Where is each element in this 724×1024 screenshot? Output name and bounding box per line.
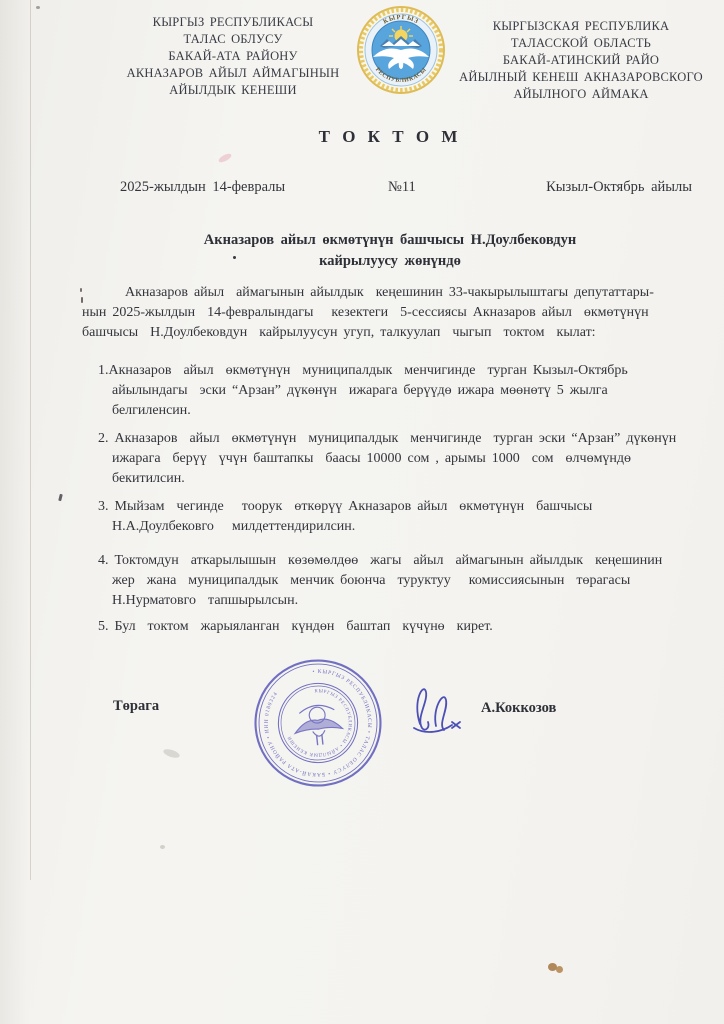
ink-dot	[233, 256, 236, 259]
brown-stain	[556, 966, 563, 973]
kyrgyzstan-emblem-icon: КЫРГЫЗ РЕСПУБЛИКАСЫ	[356, 5, 446, 95]
text-line: Н.А.Доулбековго милдеттендирилсин.	[98, 517, 718, 537]
text-line: Акназаров айыл аймагынын айылдык кеңешин…	[82, 283, 707, 303]
text-line: бекитилсин.	[98, 469, 718, 489]
text-line: башчысы Н.Доулбековдун кайрылуусун угуп,…	[82, 323, 707, 343]
decree-number: №11	[388, 179, 416, 196]
subject-line: Акназаров айыл өкмөтүнүн башчысы Н.Доулб…	[60, 230, 720, 251]
letterhead-line: БАКАЙ-АТИНСКИЙ РАЙО	[438, 52, 724, 69]
official-stamp-seal: • КЫРГЫЗ РЕСПУБЛИКАСЫ • ТАЛАС ОБЛУСУ • Б…	[245, 650, 390, 795]
resolution-items: 1.Акназаров айыл өкмөтүнүн муниципалдык …	[98, 361, 718, 645]
dateline-row: 2025-жылдын 14-февралы №11 Кызыл-Октябрь…	[60, 179, 720, 199]
subject-line: кайрылуусу жөнүндө	[60, 251, 720, 272]
resolution-item-5: 5. Бул токтом жарыяланган күндөн баштап …	[98, 617, 718, 637]
signatory-name: А.Коккозов	[481, 700, 556, 717]
preamble-paragraph: Акназаров айыл аймагынын айылдык кеңешин…	[82, 283, 707, 343]
resolution-item-4: 4. Токтомдун аткарылышын көзөмөлдөө жагы…	[98, 551, 718, 611]
text-line: 3. Мыйзам чегинде тоорук өткөрүү Акназар…	[98, 497, 718, 517]
letterhead-line: АКНАЗАРОВ АЙЫЛ АЙМАГЫНЫН	[88, 65, 378, 82]
letterhead-russian: КЫРГЫЗСКАЯ РЕСПУБЛИКА ТАЛАССКОЙ ОБЛАСТЬ …	[438, 18, 724, 103]
decree-place: Кызыл-Октябрь айылы	[546, 179, 692, 196]
decree-date: 2025-жылдын 14-февралы	[120, 179, 285, 196]
signature-scribble	[404, 678, 466, 736]
text-line: 5. Бул токтом жарыяланган күндөн баштап …	[98, 617, 718, 637]
stamp-center-emblem	[293, 703, 344, 747]
text-line: белгиленсин.	[98, 401, 718, 421]
scanned-decree-page: КЫРГЫЗ РЕСПУБЛИКАСЫ ТАЛАС ОБЛУСУ БАКАЙ-А…	[0, 0, 724, 1024]
scan-fold-line	[30, 0, 31, 880]
text-line: ижарага берүү үчүн баштапкы баасы 10000 …	[98, 449, 718, 469]
letterhead-line: КЫРГЫЗ РЕСПУБЛИКАСЫ	[88, 14, 378, 31]
scan-edge-shadow	[0, 0, 28, 1024]
letterhead-line: БАКАЙ-АТА РАЙОНУ	[88, 48, 378, 65]
ink-speck	[58, 494, 63, 502]
letterhead-line: АЙЫЛНОГО АЙМАКА	[438, 86, 724, 103]
ink-speck	[160, 845, 165, 849]
text-line: айылындагы эски “Арзан” дүкөнүн ижарага …	[98, 381, 718, 401]
text-line: нын 2025-жылдын 14-февралындагы кезектег…	[82, 303, 707, 323]
text-line: Н.Нурматовго тапшырылсын.	[98, 591, 718, 611]
letterhead-line: ТАЛАС ОБЛУСУ	[88, 31, 378, 48]
signatory-role: Төрага	[113, 698, 159, 715]
letterhead-kyrgyz: КЫРГЫЗ РЕСПУБЛИКАСЫ ТАЛАС ОБЛУСУ БАКАЙ-А…	[88, 14, 378, 99]
resolution-item-1: 1.Акназаров айыл өкмөтүнүн муниципалдык …	[98, 361, 718, 421]
letterhead-line: КЫРГЫЗСКАЯ РЕСПУБЛИКА	[438, 18, 724, 35]
resolution-item-2: 2. Акназаров айыл өкмөтүнүн муниципалдык…	[98, 429, 718, 489]
gray-smudge	[162, 748, 180, 760]
letterhead-line: АЙЫЛДЫК КЕНЕШИ	[88, 82, 378, 99]
letterhead-line: АЙЫЛНЫЙ КЕНЕШ АКНАЗАРОВСКОГО	[438, 69, 724, 86]
text-line: 4. Токтомдун аткарылышын көзөмөлдөө жагы…	[98, 551, 718, 571]
ink-speck	[36, 6, 40, 9]
text-line: жер жана муниципалдык менчик боюнча туру…	[98, 571, 718, 591]
text-line: 1.Акназаров айыл өкмөтүнүн муниципалдык …	[98, 361, 718, 381]
document-title: Т О К Т О М	[60, 127, 720, 147]
subject-heading: Акназаров айыл өкмөтүнүн башчысы Н.Доулб…	[60, 230, 720, 272]
text-line: 2. Акназаров айыл өкмөтүнүн муниципалдык…	[98, 429, 718, 449]
letterhead-line: ТАЛАССКОЙ ОБЛАСТЬ	[438, 35, 724, 52]
ink-speck	[80, 288, 82, 292]
pink-smudge	[217, 152, 232, 164]
resolution-item-3: 3. Мыйзам чегинде тоорук өткөрүү Акназар…	[98, 497, 718, 537]
ink-speck	[81, 297, 83, 303]
